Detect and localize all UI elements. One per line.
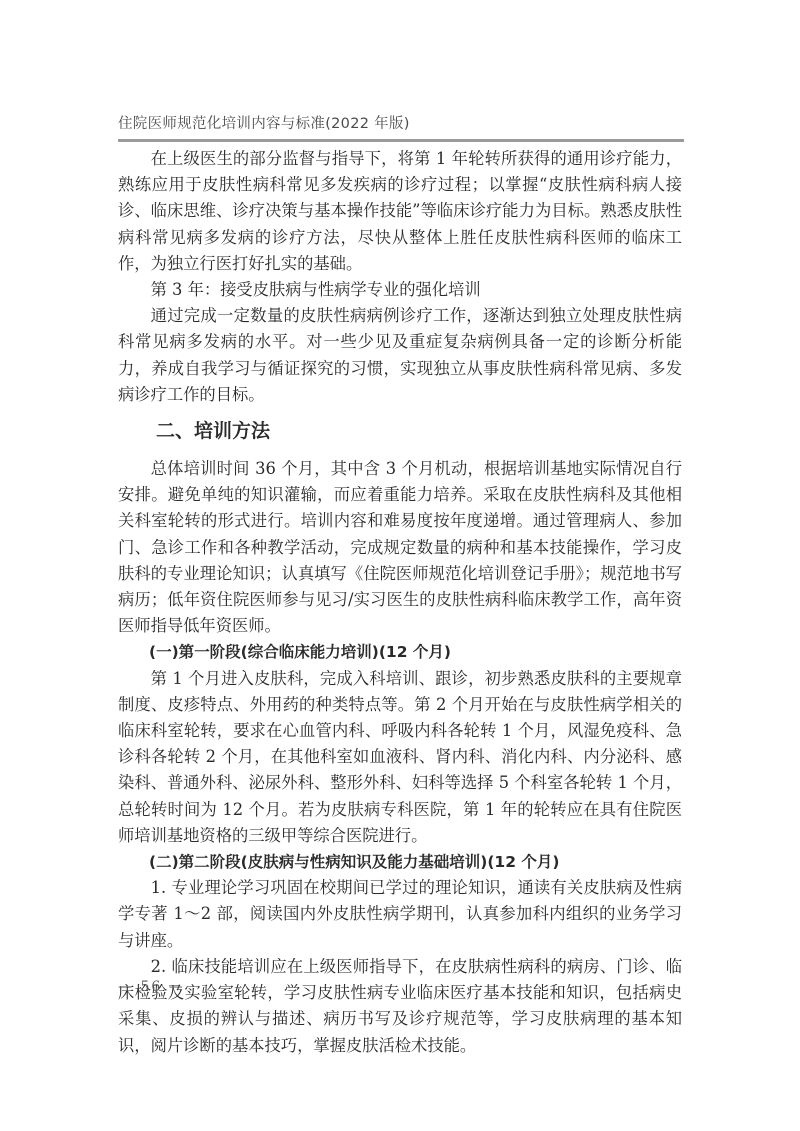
paragraph-training-overview: 总体培训时间 36 个月，其中含 3 个月机动，根据培训基地实际情况自行安排。避… [118,456,682,639]
page-number: — 56 — [118,979,185,995]
paragraph-year3-goal: 通过完成一定数量的皮肤性病病例诊疗工作，逐渐达到独立处理皮肤性病科常见病多发病的… [118,303,682,408]
paragraph-year3-title: 第 3 年：接受皮肤病与性病学专业的强化培训 [118,277,682,303]
running-title: 住院医师规范化培训内容与标准(2022 年版) [118,113,684,135]
page-body: 在上级医生的部分监督与指导下，将第 1 年轮转所获得的通用诊疗能力，熟练应用于皮… [118,146,682,1059]
subheading-stage-one: (一)第一阶段(综合临床能力培训)(12 个月) [118,639,682,665]
paragraph-stage-one: 第 1 个月进入皮肤科，完成入科培训、跟诊，初步熟悉皮肤科的主要规章制度、皮疹特… [118,666,682,849]
header-rule [118,139,684,142]
subheading-stage-two: (二)第二阶段(皮肤病与性病知识及能力基础培训)(12 个月) [118,849,682,875]
paragraph-clinical-skills: 2. 临床技能培训应在上级医师指导下，在皮肤病性病科的病房、门诊、临床检验及实验… [118,954,682,1059]
running-header: 住院医师规范化培训内容与标准(2022 年版) [118,113,684,142]
section-heading-training-methods: 二、培训方法 [118,416,682,446]
paragraph-theory-study: 1. 专业理论学习巩固在校期间已学过的理论知识，通读有关皮肤病及性病学专著 1～… [118,875,682,954]
paragraph-year2-goal: 在上级医生的部分监督与指导下，将第 1 年轮转所获得的通用诊疗能力，熟练应用于皮… [118,146,682,277]
